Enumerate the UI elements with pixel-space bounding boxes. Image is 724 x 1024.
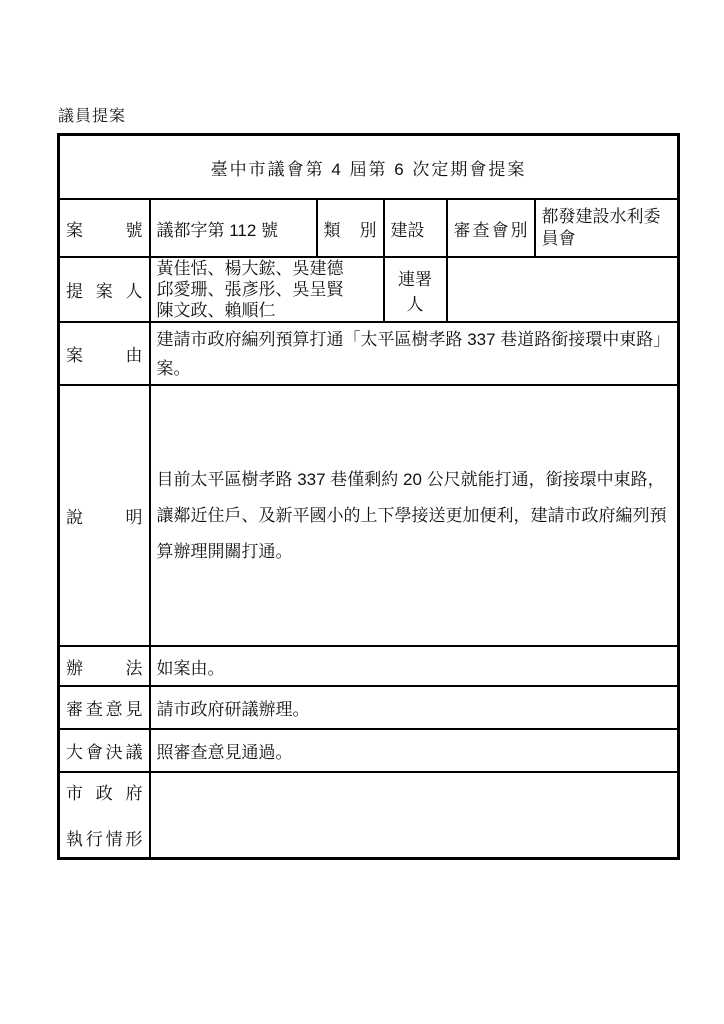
table-row-subject: 案由 建請市政府編列預算打通「太平區樹孝路 337 巷道路銜接環中東路」案。 [59,322,679,385]
description-value: 目前太平區樹孝路 337 巷僅剩約 20 公尺就能打通，銜接環中東路，讓鄰近住戶… [150,385,679,646]
method-value: 如案由。 [150,646,679,686]
page-title: 臺中市議會第 4 屆第 6 次定期會提案 [59,135,679,200]
table-row-method: 辦法 如案由。 [59,646,679,686]
cosigners-label-cell: 連署人 [384,257,447,322]
subject-label: 案由 [66,341,143,366]
proposers-line: 黃佳恬、楊大鋐、吳建德 [157,258,377,279]
case-no-value: 議都字第 112 號 [150,199,317,257]
table-row-resolution: 大會決議 照審查意見通過。 [59,729,679,772]
cosigners-value [447,257,679,322]
committee-value: 都發建設水利委員會 [535,199,679,257]
table-row-proposers: 提案人 黃佳恬、楊大鋐、吳建德 邱愛珊、張彥彤、吳呈賢 陳文政、賴順仁 連署人 [59,257,679,322]
description-label-cell: 說明 [59,385,150,646]
execution-label-cell: 市政府 執行情形 [59,772,150,858]
table-row-execution: 市政府 執行情形 [59,772,679,858]
category-value: 建設 [384,199,447,257]
method-label: 辦法 [66,654,143,679]
proposal-table: 臺中市議會第 4 屆第 6 次定期會提案 案號 議都字第 112 號 類別 建設… [57,133,680,860]
resolution-label-cell: 大會決議 [59,729,150,772]
committee-label: 審查會別 [454,216,528,241]
execution-value [150,772,679,858]
table-row-description: 說明 目前太平區樹孝路 337 巷僅剩約 20 公尺就能打通，銜接環中東路，讓鄰… [59,385,679,646]
review-value: 請市政府研議辦理。 [150,686,679,729]
proposers-value: 黃佳恬、楊大鋐、吳建德 邱愛珊、張彥彤、吳呈賢 陳文政、賴順仁 [150,257,384,322]
proposers-label: 提案人 [66,277,143,302]
table-row-review: 審查意見 請市政府研議辦理。 [59,686,679,729]
resolution-value: 照審查意見通過。 [150,729,679,772]
category-label-cell: 類別 [317,199,384,257]
proposers-line: 邱愛珊、張彥彤、吳呈賢 [157,279,377,300]
review-label: 審查意見 [66,695,143,720]
proposers-label-cell: 提案人 [59,257,150,322]
subject-value: 建請市政府編列預算打通「太平區樹孝路 337 巷道路銜接環中東路」案。 [150,322,679,385]
proposers-line: 陳文政、賴順仁 [157,300,377,321]
subject-label-cell: 案由 [59,322,150,385]
resolution-label: 大會決議 [66,738,143,763]
case-no-label: 案號 [66,216,143,241]
cosigners-label: 連署人 [391,265,440,315]
proposal-document: 議員提案 臺中市議會第 4 屆第 6 次定期會提案 案號 議都字第 112 號 … [57,103,677,860]
title-row: 臺中市議會第 4 屆第 6 次定期會提案 [59,135,679,200]
review-label-cell: 審查意見 [59,686,150,729]
category-label: 類別 [324,216,377,241]
method-label-cell: 辦法 [59,646,150,686]
document-type-label: 議員提案 [58,103,677,126]
committee-label-cell: 審查會別 [447,199,535,257]
description-label: 說明 [66,503,143,528]
execution-label-line2: 執行情形 [66,825,143,850]
case-no-label-cell: 案號 [59,199,150,257]
execution-label-line1: 市政府 [66,779,143,804]
table-row-case: 案號 議都字第 112 號 類別 建設 審查會別 都發建設水利委員會 [59,199,679,257]
